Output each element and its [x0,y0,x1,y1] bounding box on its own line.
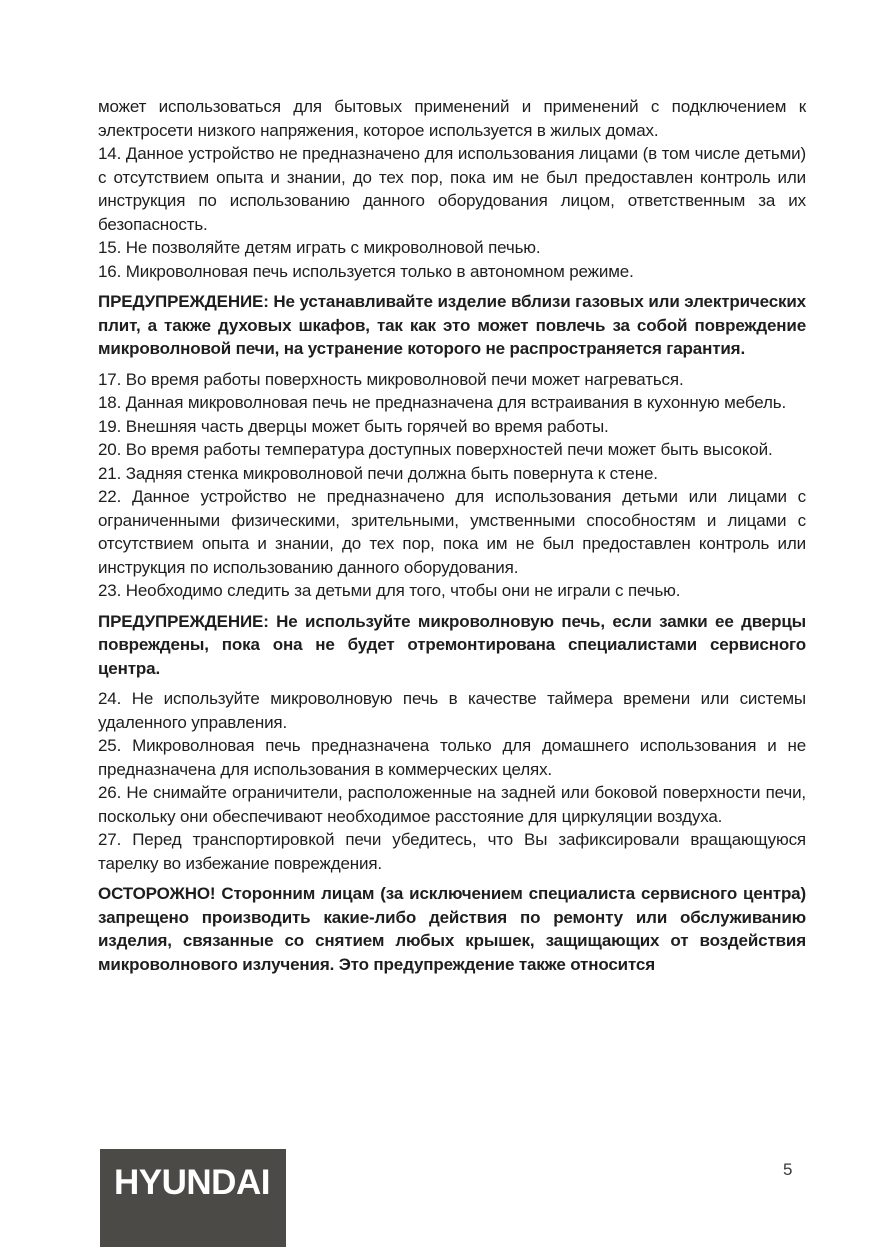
paragraph-continuation: может использоваться для бытовых примене… [98,95,806,142]
warning-paragraph: ПРЕДУПРЕЖДЕНИЕ: Не устанавливайте издели… [98,290,806,361]
text-column: может использоваться для бытовых примене… [98,95,806,983]
warning-paragraph: ПРЕДУПРЕЖДЕНИЕ: Не используйте микроволн… [98,610,806,681]
paragraph-item-23: 23. Необходимо следить за детьми для тог… [98,579,806,603]
paragraph-item-26: 26. Не снимайте ограничители, расположен… [98,781,806,828]
paragraph-item-21: 21. Задняя стенка микроволновой печи дол… [98,462,806,486]
manual-page: может использоваться для бытовых примене… [0,0,896,1247]
hyundai-logo-text: HYUNDAI [100,1149,286,1200]
paragraph-item-25: 25. Микроволновая печь предназначена тол… [98,734,806,781]
paragraph-item-17: 17. Во время работы поверхность микровол… [98,368,806,392]
paragraph-item-19: 19. Внешняя часть дверцы может быть горя… [98,415,806,439]
paragraph-item-20: 20. Во время работы температура доступны… [98,438,806,462]
hyundai-logo: HYUNDAI [100,1149,286,1247]
paragraph-item-22: 22. Данное устройство не предназначено д… [98,485,806,579]
caution-paragraph: ОСТОРОЖНО! Сторонним лицам (за исключени… [98,882,806,976]
paragraph-item-24: 24. Не используйте микроволновую печь в … [98,687,806,734]
paragraph-item-16: 16. Микроволновая печь используется толь… [98,260,806,284]
paragraph-item-27: 27. Перед транспортировкой печи убедитес… [98,828,806,875]
page-number: 5 [783,1160,792,1180]
paragraph-item-15: 15. Не позволяйте детям играть с микрово… [98,236,806,260]
paragraph-item-14: 14. Данное устройство не предназначено д… [98,142,806,236]
paragraph-item-18: 18. Данная микроволновая печь не предназ… [98,391,806,415]
